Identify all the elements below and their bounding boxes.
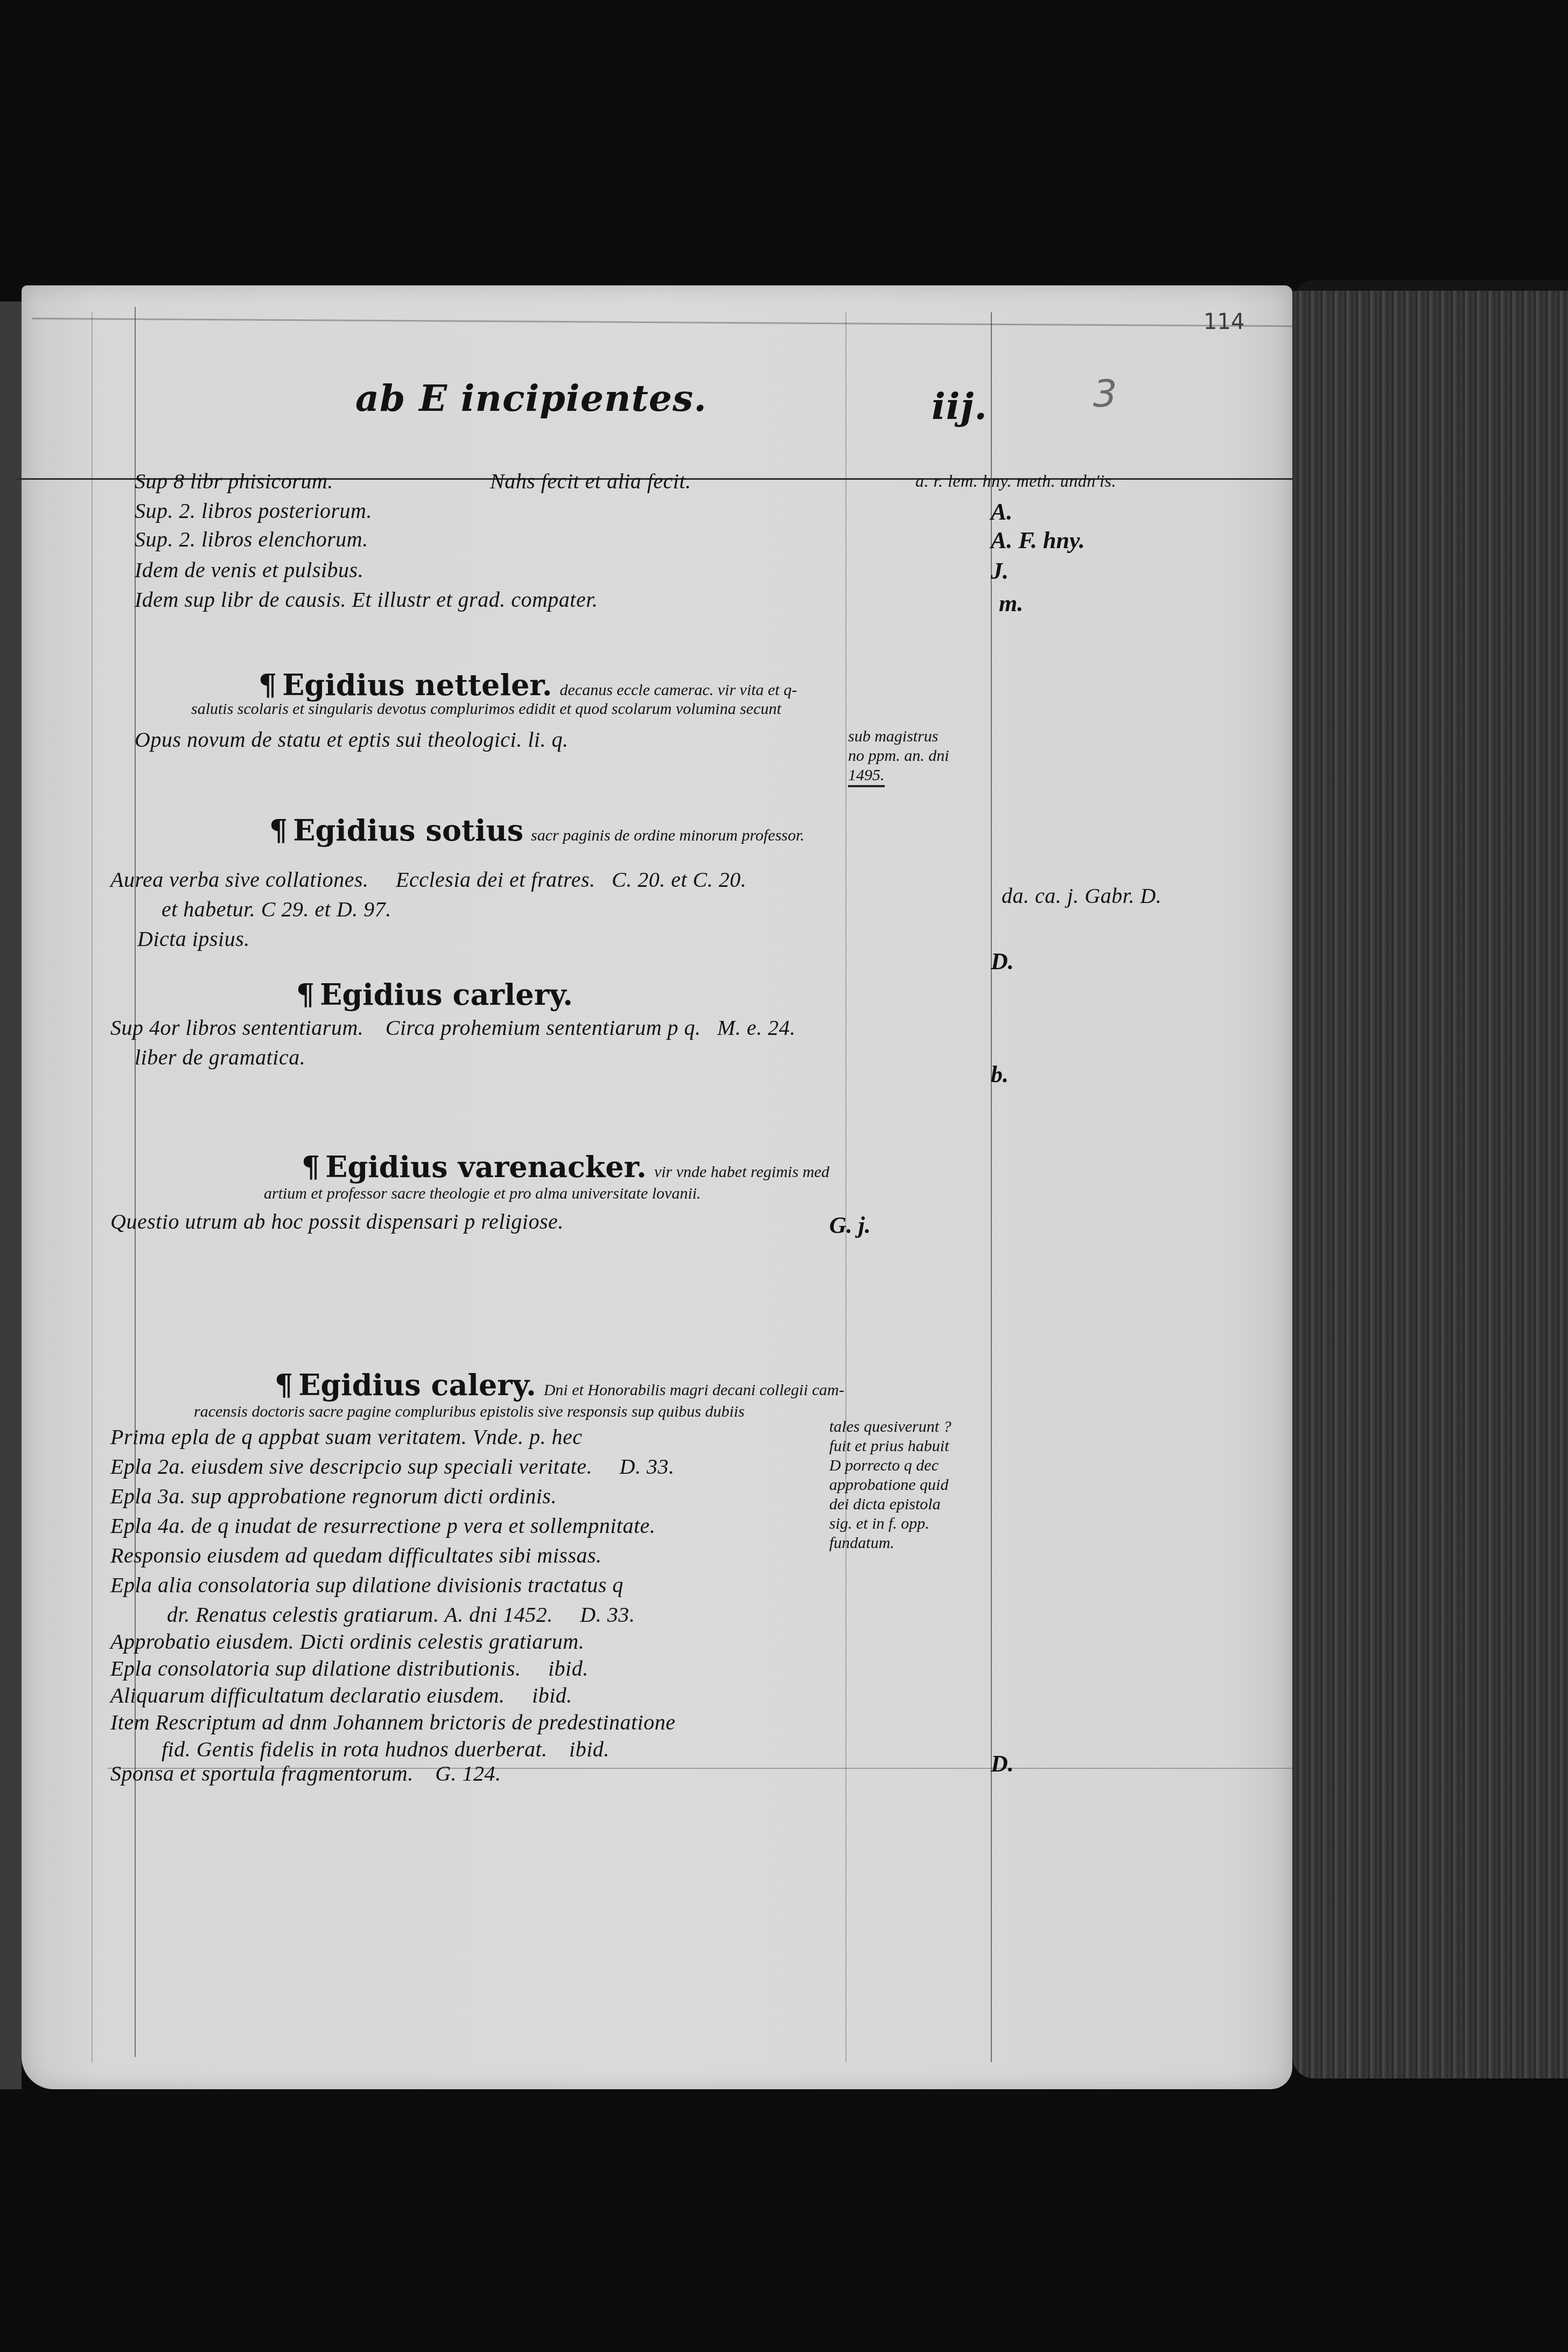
entry-text: Sponsa et sportula fragmentorum. G. 124. (110, 1761, 501, 1786)
previous-leaf-edge (0, 302, 22, 2089)
margin-note-line: dei dicta epistola (829, 1495, 1023, 1514)
book-fore-edge (1292, 291, 1568, 2078)
entry-text: Approbatio eiusdem. Dicti ordinis celest… (110, 1629, 584, 1654)
running-head-title: ab E incipientes. (355, 377, 707, 420)
outer-left-rule (92, 312, 93, 2062)
author-gloss: Dni et Honorabilis magri decani collegii… (544, 1381, 844, 1399)
entry-ref: G. 124. (435, 1761, 501, 1786)
entry-text: Questio utrum ab hoc possit dispensari p… (110, 1209, 564, 1234)
author-gloss: sacr paginis de ordine minorum professor… (531, 827, 804, 844)
entry-ref: ibid. (548, 1656, 589, 1681)
inner-column-rule (845, 312, 846, 2062)
entry-incipit: Ecclesia dei et fratres. (396, 867, 595, 892)
author-heading: ¶Egidius varenacker.vir vnde habet regim… (302, 1150, 829, 1184)
entry-title: Aliquarum difficultatum declaratio eiusd… (110, 1683, 505, 1707)
shelfmark: da. ca. j. Gabr. D. (1002, 883, 1161, 908)
entry-text: Item Rescriptum ad dnm Johannem brictori… (110, 1710, 675, 1735)
entry-text: Sup. 2. libros posteriorum. (135, 498, 372, 523)
margin-note-line: D porrecto q dec (829, 1456, 1023, 1475)
folio-number: 114 (1203, 310, 1244, 334)
paragraph-mark-icon: ¶ (296, 977, 314, 1012)
entry-text: Epla consolatoria sup dilatione distribu… (110, 1656, 589, 1681)
entry-title: Sponsa et sportula fragmentorum. (110, 1761, 414, 1786)
author-name: Egidius carlery. (320, 977, 573, 1012)
entry-incipit: Circa prohemium sententiarum p q. (386, 1016, 701, 1040)
margin-note-year: 1495. (848, 766, 885, 787)
entry-text: Aliquarum difficultatum declaratio eiusd… (110, 1683, 572, 1708)
margin-note-line: sub magistrus (848, 727, 1010, 746)
entry-text: liber de gramatica. (135, 1045, 305, 1070)
author-name: Egidius netteler. (282, 668, 552, 702)
paragraph-mark-icon: ¶ (258, 668, 277, 702)
entry-text: Epla 3a. sup approbatione regnorum dicti… (110, 1483, 557, 1509)
author-gloss: vir vnde habet regimis med (654, 1163, 829, 1181)
entry-text: Aurea verba sive collationes. Ecclesia d… (110, 867, 746, 892)
entry-title: Epla 2a. eiusdem sive descripcio sup spe… (110, 1454, 592, 1479)
margin-note-line: tales quesiverunt ? (829, 1417, 1023, 1437)
shelfmark: D. (991, 1750, 1014, 1777)
shelfmark: m. (999, 590, 1023, 617)
entry-note: Nahs fecit et alia fecit. (490, 468, 691, 494)
shelfmark: J. (991, 557, 1009, 585)
entry-ref: C. 20. et C. 20. (612, 867, 746, 892)
author-gloss-line: racensis doctoris sacre pagine complurib… (194, 1403, 745, 1421)
margin-note: sub magistrus no ppm. an. dni 1495. (848, 727, 1010, 787)
entry-text: Dicta ipsius. (137, 926, 250, 951)
entry-ref: ibid. (532, 1683, 572, 1707)
paragraph-mark-icon: ¶ (275, 1368, 293, 1402)
shelfmark: D. (991, 948, 1014, 975)
entry-ref: D. 33. (620, 1454, 675, 1479)
shelfmark: b. (991, 1061, 1009, 1088)
entry-title: Sup 4or libros sententiarum. (110, 1016, 363, 1040)
entry-text: fid. Gentis fidelis in rota hudnos duerb… (162, 1737, 610, 1762)
entry-text: Idem de venis et pulsibus. (135, 557, 363, 583)
shelfmark: A. F. hny. (991, 527, 1085, 554)
entry-ref: M. e. 24. (717, 1016, 796, 1040)
shelfmark: G. j. (829, 1212, 871, 1239)
entry-title: fid. Gentis fidelis in rota hudnos duerb… (162, 1737, 548, 1761)
author-heading: ¶Egidius calery.Dni et Honorabilis magri… (275, 1368, 844, 1402)
paragraph-mark-icon: ¶ (269, 813, 288, 848)
author-gloss-line: artium et professor sacre theologie et p… (264, 1185, 701, 1203)
entry-title: dr. Renatus celestis gratiarum. A. dni 1… (167, 1602, 553, 1627)
entry-text: Idem sup libr de causis. Et illustr et g… (135, 587, 598, 612)
margin-note: tales quesiverunt ? fuit et prius habuit… (829, 1378, 1023, 1553)
entry-ref: D. 33. (580, 1602, 635, 1627)
manuscript-scan: 114 3 ab E incipientes. iij. Sup 8 libr … (0, 0, 1568, 2352)
section-numeral: iij. (932, 385, 988, 428)
author-heading: ¶Egidius netteler.decanus eccle camerac.… (258, 668, 797, 702)
entry-text: Sup 8 libr phisicorum. (135, 468, 333, 494)
author-gloss: decanus eccle camerac. vir vita et q- (560, 681, 797, 699)
author-name: Egidius varenacker. (325, 1150, 647, 1184)
entry-text: Sup 4or libros sententiarum. Circa prohe… (110, 1015, 796, 1040)
margin-note-line: fuit et prius habuit (829, 1437, 1023, 1456)
pencil-mark: 3 (1093, 372, 1117, 416)
author-heading: ¶Egidius carlery. (296, 977, 573, 1012)
entry-title: Aurea verba sive collationes. (110, 867, 369, 892)
entry-ref: ibid. (569, 1737, 610, 1761)
entry-text: Epla 2a. eiusdem sive descripcio sup spe… (110, 1454, 674, 1479)
entry-text: Responsio eiusdem ad quedam difficultate… (110, 1543, 602, 1568)
author-heading: ¶Egidius sotiussacr paginis de ordine mi… (269, 813, 804, 848)
margin-note-line: approbatione quid (829, 1475, 1023, 1495)
entry-text: Sup. 2. libros elenchorum. (135, 527, 368, 552)
entry-text: Epla 4a. de q inudat de resurrectione p … (110, 1513, 655, 1538)
entry-text: et habetur. C 29. et D. 97. (162, 897, 391, 922)
entry-text: Epla alia consolatoria sup dilatione div… (110, 1572, 624, 1598)
entry-title: Epla consolatoria sup dilatione distribu… (110, 1656, 521, 1681)
author-name: Egidius sotius (293, 813, 523, 848)
margin-note-line: fundatum. (829, 1534, 1023, 1553)
margin-note-line: no ppm. an. dni (848, 746, 1010, 766)
author-gloss-line: salutis scolaris et singularis devotus c… (191, 700, 781, 718)
shelfmark: A. (991, 498, 1012, 526)
shelfmark: a. r. lem. hny. meth. undn'is. (915, 471, 1116, 491)
paragraph-mark-icon: ¶ (302, 1150, 320, 1184)
entry-text: Prima epla de q appbat suam veritatem. V… (110, 1424, 582, 1450)
author-name: Egidius calery. (298, 1368, 536, 1402)
entry-text: Opus novum de statu et eptis sui theolog… (135, 727, 568, 752)
entry-text: dr. Renatus celestis gratiarum. A. dni 1… (167, 1602, 635, 1627)
margin-note-line: sig. et in f. opp. (829, 1514, 1023, 1534)
